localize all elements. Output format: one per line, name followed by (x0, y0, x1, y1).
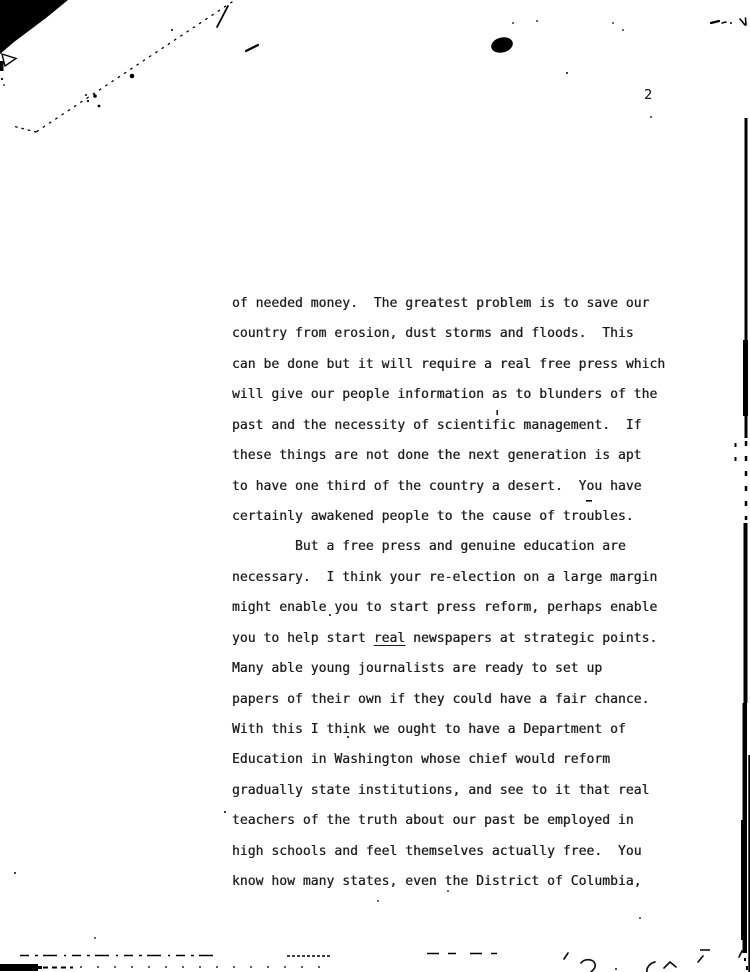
page-number: 2 (644, 87, 652, 103)
underlined-word: real (374, 631, 406, 646)
document-line: Education in Washington whose chief woul… (232, 745, 665, 775)
text-segment: past and the necessity of scientific man… (232, 418, 642, 433)
document-line: country from erosion, dust storms and fl… (232, 319, 665, 349)
typed-text-block: of needed money. The greatest problem is… (232, 228, 665, 959)
document-line: papers of their own if they could have a… (232, 685, 665, 715)
document-line: certainly awakened people to the cause o… (232, 502, 665, 532)
text-segment: these things are not done the next gener… (232, 448, 642, 463)
text-segment: With this I think we ought to have a Dep… (232, 722, 626, 737)
document-line: might enable you to start press reform, … (232, 593, 665, 623)
ink-blot (490, 35, 515, 55)
document-line: will give our people information as to b… (232, 380, 665, 410)
text-segment: teachers of the truth about our past be … (232, 813, 634, 828)
document-line: know how many states, even the District … (232, 867, 665, 897)
text-segment: high schools and feel themselves actuall… (232, 844, 642, 859)
text-segment: know how many states, even the District … (232, 874, 642, 889)
text-segment: you to help start (232, 631, 374, 646)
scanned-letter-page: of needed money. The greatest problem is… (0, 0, 750, 972)
text-segment: can be done but it will require a real f… (232, 357, 665, 372)
text-segment: certainly awakened people to the cause o… (232, 509, 634, 524)
corner-fold-shadow (0, 0, 68, 86)
document-line: past and the necessity of scientific man… (232, 411, 665, 441)
crease-specks (85, 29, 173, 107)
text-segment: might enable you to start press reform, … (232, 600, 657, 615)
text-segment: But a free press and genuine education a… (232, 539, 626, 554)
fold-arrow-mark (2, 54, 16, 66)
text-segment: of needed money. The greatest problem is… (232, 296, 649, 311)
right-edge-scan-strip (736, 118, 750, 972)
text-segment: country from erosion, dust storms and fl… (232, 326, 634, 341)
document-line: to have one third of the country a deser… (232, 472, 665, 502)
text-segment: will give our people information as to b… (232, 387, 657, 402)
document-line: can be done but it will require a real f… (232, 350, 665, 380)
text-segment: Education in Washington whose chief woul… (232, 752, 610, 767)
document-line: necessary. I think your re-election on a… (232, 563, 665, 593)
text-segment: Many able young journalists are ready to… (232, 661, 602, 676)
text-segment: to have one third of the country a deser… (232, 479, 642, 494)
text-segment: necessary. I think your re-election on a… (232, 570, 657, 585)
document-line: gradually state institutions, and see to… (232, 776, 665, 806)
document-lines: of needed money. The greatest problem is… (232, 289, 665, 898)
document-line: But a free press and genuine education a… (232, 532, 665, 562)
document-line: high schools and feel themselves actuall… (232, 837, 665, 867)
document-line: these things are not done the next gener… (232, 441, 665, 471)
text-segment: gradually state institutions, and see to… (232, 783, 649, 798)
crease-dotted-line (13, 2, 258, 132)
document-line: of needed money. The greatest problem is… (232, 289, 665, 319)
document-line: you to help start real newspapers at str… (232, 624, 665, 654)
text-segment: papers of their own if they could have a… (232, 692, 649, 707)
top-right-marks (711, 18, 746, 25)
text-segment: newspapers at strategic points. (405, 631, 657, 646)
document-line: With this I think we ought to have a Dep… (232, 715, 665, 745)
document-line: Many able young journalists are ready to… (232, 654, 665, 684)
document-line: teachers of the truth about our past be … (232, 806, 665, 836)
